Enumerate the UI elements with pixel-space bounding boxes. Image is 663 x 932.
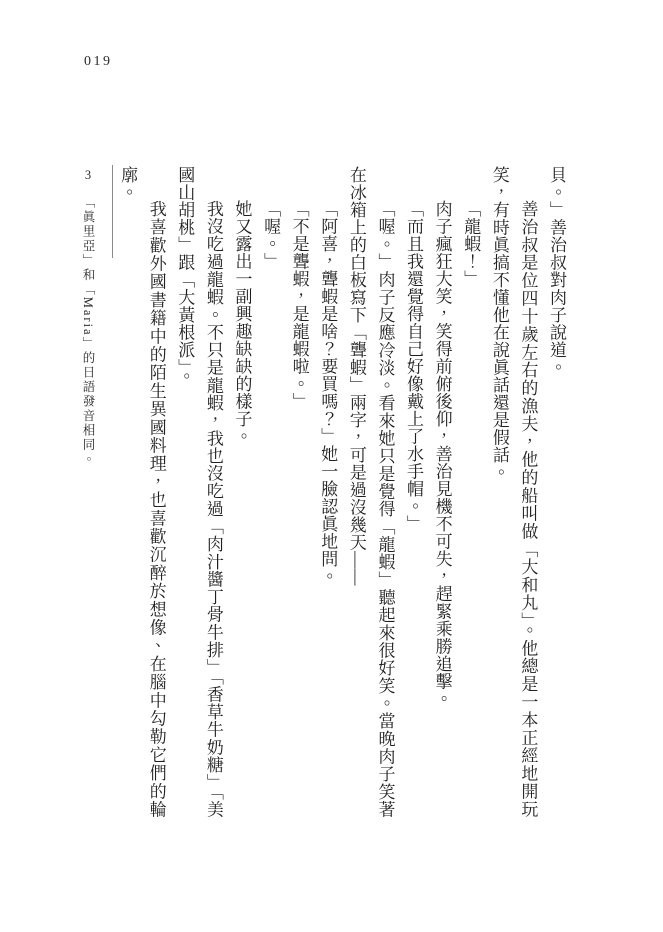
page-number: 019 xyxy=(84,54,113,70)
footnote-marker: 3 xyxy=(81,168,95,184)
paragraph: 「阿喜，聾蝦是啥？要買嗎？」她一臉認眞地問。 xyxy=(313,166,342,818)
paragraph: 「喔。」 xyxy=(255,166,284,818)
paragraph: 她又露出一副興趣缺缺的樣子。 xyxy=(227,166,256,818)
paragraph: 「喔。」肉子反應冷淡。看來她只是覺得「龍蝦」聽起來很好笑。當晚肉子笑著在冰箱上的… xyxy=(341,166,398,818)
paragraph: 貝。」善治叔對肉子說道。 xyxy=(541,166,570,818)
book-page: { "page": { "number": "019" }, "colors":… xyxy=(0,0,663,932)
paragraph: 我喜歡外國書籍中的陌生異國料理，也喜歡沉醉於想像、在腦中勾勒它們的輪廓。 xyxy=(113,166,170,818)
main-text: 貝。」善治叔對肉子說道。善治叔是位四十歲左右的漁夫，他的船叫做「大和丸」。他總是… xyxy=(113,166,571,818)
paragraph: 善治叔是位四十歲左右的漁夫，他的船叫做「大和丸」。他總是一本正經地開玩笑，有時眞… xyxy=(484,166,541,818)
paragraph: 「龍蝦！」 xyxy=(456,166,485,818)
footnote-divider-rule xyxy=(112,165,113,258)
paragraph: 「不是聾蝦，是龍蝦啦。」 xyxy=(284,166,313,818)
footnote: 3「眞里亞」和「Maria」的日語發音相同。 xyxy=(79,168,97,768)
paragraph: 我沒吃過龍蝦。不只是龍蝦，我也沒吃過「肉汁醬丁骨牛排」「香草牛奶糖」「美國山胡桃… xyxy=(170,166,227,818)
footnote-text: 「眞里亞」和「Maria」的日語發音相同。 xyxy=(81,195,95,467)
paragraph: 肉子瘋狂大笑，笑得前俯後仰，善治見機不可失，趕緊乘勝追擊。 xyxy=(427,166,456,818)
paragraph: 「而且我還覺得自己好像戴上了水手帽。」 xyxy=(398,166,427,818)
